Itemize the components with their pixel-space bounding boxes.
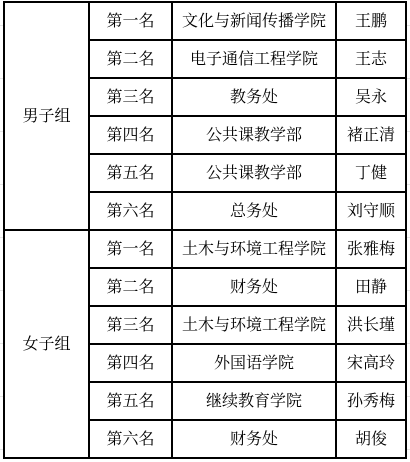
- name-cell: 洪长瑾: [336, 306, 406, 344]
- unit-cell: 财务处: [172, 268, 336, 306]
- name-cell: 胡俊: [336, 420, 406, 458]
- group-cell-men: 男子组: [4, 2, 89, 230]
- table-row: 男子组 第一名 文化与新闻传播学院 王鹏: [4, 2, 406, 40]
- name-cell: 王鹏: [336, 2, 406, 40]
- unit-cell: 土木与环境工程学院: [172, 230, 336, 268]
- name-cell: 刘守顺: [336, 192, 406, 230]
- name-cell: 褚正清: [336, 116, 406, 154]
- unit-cell: 公共课教学部: [172, 116, 336, 154]
- name-cell: 孙秀梅: [336, 382, 406, 420]
- name-cell: 宋高玲: [336, 344, 406, 382]
- rank-cell: 第四名: [89, 116, 172, 154]
- unit-cell: 总务处: [172, 192, 336, 230]
- rank-cell: 第三名: [89, 78, 172, 116]
- rank-cell: 第一名: [89, 230, 172, 268]
- rank-cell: 第五名: [89, 382, 172, 420]
- table-row: 女子组 第一名 土木与环境工程学院 张雅梅: [4, 230, 406, 268]
- rank-cell: 第二名: [89, 40, 172, 78]
- unit-cell: 公共课教学部: [172, 154, 336, 192]
- rank-cell: 第二名: [89, 268, 172, 306]
- unit-cell: 土木与环境工程学院: [172, 306, 336, 344]
- name-cell: 丁健: [336, 154, 406, 192]
- name-cell: 王志: [336, 40, 406, 78]
- group-cell-women: 女子组: [4, 230, 89, 458]
- rank-cell: 第五名: [89, 154, 172, 192]
- unit-cell: 教务处: [172, 78, 336, 116]
- name-cell: 吴永: [336, 78, 406, 116]
- unit-cell: 财务处: [172, 420, 336, 458]
- rank-cell: 第四名: [89, 344, 172, 382]
- page: { "colors": { "table_border": "#000000",…: [0, 0, 410, 462]
- unit-cell: 外国语学院: [172, 344, 336, 382]
- rank-cell: 第三名: [89, 306, 172, 344]
- results-table: 男子组 第一名 文化与新闻传播学院 王鹏 第二名 电子通信工程学院 王志 第三名…: [3, 1, 407, 459]
- rank-cell: 第六名: [89, 192, 172, 230]
- name-cell: 田静: [336, 268, 406, 306]
- rank-cell: 第一名: [89, 2, 172, 40]
- unit-cell: 文化与新闻传播学院: [172, 2, 336, 40]
- name-cell: 张雅梅: [336, 230, 406, 268]
- rank-cell: 第六名: [89, 420, 172, 458]
- unit-cell: 继续教育学院: [172, 382, 336, 420]
- unit-cell: 电子通信工程学院: [172, 40, 336, 78]
